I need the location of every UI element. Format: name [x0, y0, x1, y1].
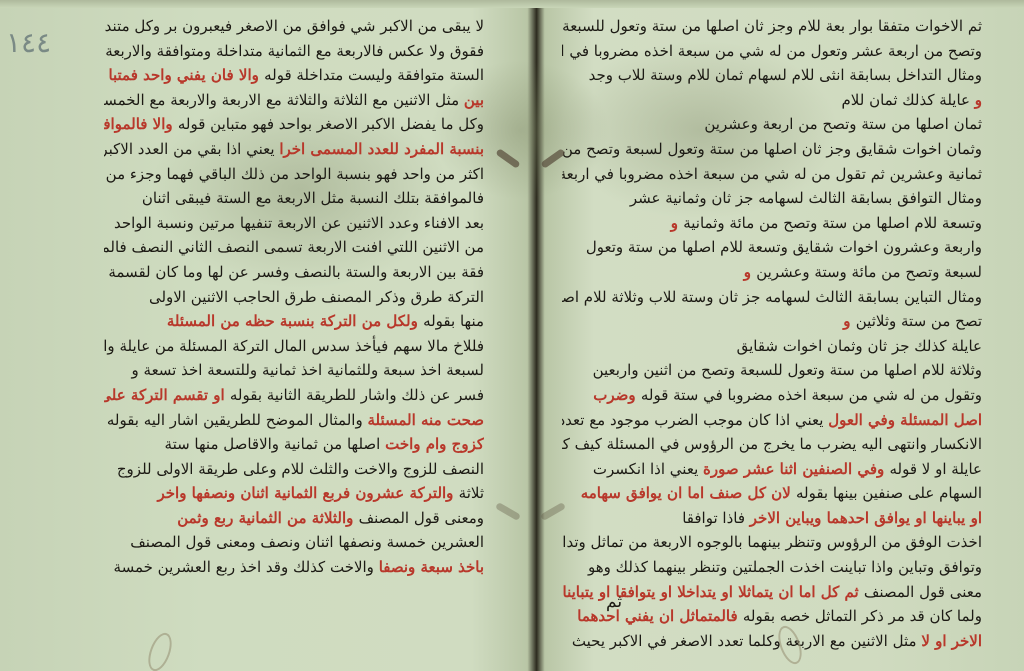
- rubric-text: و: [671, 214, 683, 232]
- manuscript-line: بنسبة المفرد للعدد المسمى اخرا يعني اذا …: [104, 137, 484, 162]
- body-text: يعني اذا انكسرت: [593, 460, 703, 478]
- manuscript-line: الاخر او لا مثل الاثنين مع الاربعة وكلما…: [562, 629, 982, 654]
- manuscript-line: عايلة كذلك جز ثان وثمان اخوات شقايق: [562, 334, 982, 359]
- manuscript-line: بعد الافناء وعدد الاثنين عن الاربعة تنفي…: [104, 211, 484, 236]
- body-text: الانكسار وانتهى اليه يضرب ما يخرج من الر…: [562, 435, 982, 453]
- manuscript-line: معنى قول المصنف ثم كل اما ان يتماثلا او …: [562, 580, 982, 605]
- body-text: لا يبقى من الاكبر شي فوافق من الاصغر فيع…: [104, 17, 484, 35]
- manuscript-line: وثمان اخوات شقايق وجز ثان اصلها من ستة و…: [562, 137, 982, 162]
- page-top-edge: [0, 0, 1024, 8]
- manuscript-line: باخذ سبعة ونصفا والاخت كذلك وقد اخذ ربع …: [104, 555, 484, 580]
- body-text: فللاخ مالا سهم فيأخذ سدس المال التركة ال…: [104, 337, 484, 355]
- rubric-text: والثلاثة من الثمانية ربع وثمن: [177, 509, 358, 527]
- body-text: ولما كان قد مر ذكر التماثل خصه بقوله: [743, 607, 982, 625]
- rubric-text: وفي الصنفين اثنا عشر صورة: [703, 460, 889, 478]
- body-text: وثلاثة للام اصلها من ستة وتعول للسبعة وت…: [593, 361, 982, 379]
- body-text: عايلة كذلك جز ثان وثمان اخوات شقايق: [737, 337, 982, 355]
- body-text: فسر عن ذلك واشار للطريقة الثانية بقوله: [230, 386, 484, 404]
- right-page-text: ثم الاخوات متفقا بوار بعة للام وجز ثان ا…: [562, 14, 982, 653]
- manuscript-line: ثلاثة والتركة عشرون فربع الثمانية اثنان …: [104, 481, 484, 506]
- manuscript-line: من الاثنين اللتي افنت الاربعة تسمى النصف…: [104, 235, 484, 260]
- body-text: الستة متوافقة وليست متداخلة قوله: [264, 66, 484, 84]
- rubric-text: ولكل من التركة بنسبة حظه من المسئلة: [167, 312, 423, 330]
- catchword: ثم: [606, 592, 622, 612]
- body-text: عايلة او لا قوله: [889, 460, 982, 478]
- body-text: ثم الاخوات متفقا بوار بعة للام وجز ثان ا…: [562, 17, 982, 35]
- manuscript-line: اكثر من واحد فهو بنسبة الواحد من ذلك الب…: [104, 162, 484, 187]
- body-text: ومثال التباين بسابقة الثالث لسهامه جز ثا…: [562, 288, 982, 306]
- manuscript-line: التركة طرق وذكر المصنف طرق الحاجب الاثني…: [104, 285, 484, 310]
- body-text: فالموافقة بتلك النسبة مثل الاربعة مع الس…: [142, 189, 484, 207]
- rubric-text: صحت منه المسئلة: [367, 411, 484, 429]
- paper-tear-mark: [144, 630, 176, 671]
- manuscript-line: ولما كان قد مر ذكر التماثل خصه بقوله فال…: [562, 604, 982, 629]
- folio-number: ١٤٤: [6, 26, 51, 59]
- manuscript-line: ثمانية وعشرين ثم تقول من له شي من سبعة ا…: [562, 162, 982, 187]
- body-text: بعد الافناء وعدد الاثنين عن الاربعة تنفي…: [114, 214, 484, 232]
- body-text: السهام على صنفين بينها بقوله: [796, 484, 982, 502]
- rubric-text: او يباينها او يوافق احدهما ويباين الاخر: [750, 509, 982, 527]
- body-text: يعني اذا كان موجب الضرب موجود مع تعدد: [562, 411, 828, 429]
- manuscript-line: و عايلة كذلك ثمان للام: [562, 88, 982, 113]
- manuscript-line: كزوج وام واخت اصلها من ثمانية والاقاصل م…: [104, 432, 484, 457]
- manuscript-line: لا يبقى من الاكبر شي فوافق من الاصغر فيع…: [104, 14, 484, 39]
- body-text: ومثال التوافق بسابقة الثالث لسهامه جز ثا…: [630, 189, 982, 207]
- manuscript-line: اخذت الوفق من الرؤوس وتنظر بينهما بالوجو…: [562, 530, 982, 555]
- body-text: واربعة وعشرون اخوات شقايق وتسعة للام اصل…: [586, 238, 982, 256]
- body-text: والمثال الموضح للطريقين اشار اليه بقوله: [107, 411, 368, 429]
- body-text: وتقول من له شي من سبعة اخذه مضروبا في ست…: [641, 386, 982, 404]
- body-text: اصلها من ثمانية والاقاصل منها ستة: [165, 435, 386, 453]
- rubric-text: كزوج وام واخت: [385, 435, 484, 453]
- manuscript-line: ثمان اصلها من ستة وتصح من اربعة وعشرين: [562, 112, 982, 137]
- rubric-text: الاخر او لا: [921, 632, 982, 650]
- manuscript-line: منها بقوله ولكل من التركة بنسبة حظه من ا…: [104, 309, 484, 334]
- body-text: معنى قول المصنف: [864, 583, 982, 601]
- manuscript-line: ومثال التداخل بسابقة انثى للام لسهام ثما…: [562, 63, 982, 88]
- manuscript-line: ثم الاخوات متفقا بوار بعة للام وجز ثان ا…: [562, 14, 982, 39]
- manuscript-line: فقة بين الاربعة والستة بالنصف وفسر عن له…: [104, 260, 484, 285]
- body-text: وكل ما يفضل الاكبر الاصغر بواحد فهو متبا…: [178, 115, 484, 133]
- manuscript-spread: ١٤٤ لا يبقى من الاكبر شي فوافق من الاصغر…: [0, 0, 1024, 671]
- manuscript-line: صحت منه المسئلة والمثال الموضح للطريقين …: [104, 408, 484, 433]
- body-text: عايلة كذلك ثمان للام: [842, 91, 975, 109]
- rubric-text: والتركة عشرون فربع الثمانية اثنان ونصفها…: [157, 484, 458, 502]
- body-text: ومثال التداخل بسابقة انثى للام لسهام ثما…: [589, 66, 982, 84]
- body-text: فقة بين الاربعة والستة بالنصف وفسر عن له…: [108, 263, 484, 281]
- manuscript-line: العشرين خمسة ونصفها اثنان ونصف ومعنى قول…: [104, 530, 484, 555]
- body-text: مثل الاثنين مع الثلاثة والثلاثة مع الارب…: [104, 91, 464, 109]
- rubric-text: و: [975, 91, 982, 109]
- body-text: العشرين خمسة ونصفها اثنان ونصف ومعنى قول…: [130, 533, 484, 551]
- body-text: فقوق ولا عكس فالاربعة مع الثمانية متداخل…: [104, 42, 484, 60]
- body-text: مثل الاثنين مع الاربعة وكلما تعدد الاصغر…: [572, 632, 921, 650]
- body-text: فاذا توافقا: [682, 509, 750, 527]
- manuscript-line: النصف للزوج والاخت والثلث للام وعلى طريق…: [104, 457, 484, 482]
- rubric-text: فالمتماثل ان يفني احدهما: [577, 607, 743, 625]
- binding-thread-mark: [495, 502, 521, 521]
- manuscript-line: الانكسار وانتهى اليه يضرب ما يخرج من الر…: [562, 432, 982, 457]
- manuscript-line: وكل ما يفضل الاكبر الاصغر بواحد فهو متبا…: [104, 112, 484, 137]
- body-text: منها بقوله: [423, 312, 484, 330]
- manuscript-line: فسر عن ذلك واشار للطريقة الثانية بقوله ا…: [104, 383, 484, 408]
- body-text: وتصح من اربعة عشر وتعول من له شي من سبعة…: [562, 42, 982, 60]
- rubric-text: بين: [464, 91, 484, 109]
- rubric-text: و: [744, 263, 756, 281]
- manuscript-line: ومثال التوافق بسابقة الثالث لسهامه جز ثا…: [562, 186, 982, 211]
- rubric-text: والا فان يفني واحد فمتبا: [108, 66, 264, 84]
- manuscript-line: ومعنى قول المصنف والثلاثة من الثمانية رب…: [104, 506, 484, 531]
- manuscript-line: واربعة وعشرون اخوات شقايق وتسعة للام اصل…: [562, 235, 982, 260]
- body-text: ومعنى قول المصنف: [359, 509, 484, 527]
- body-text: يعني اذا بقي من العدد الاكبر: [104, 140, 279, 158]
- body-text: وتوافق وتباين واذا تباينت اخذت الجملتين …: [588, 558, 982, 576]
- manuscript-line: اصل المسئلة وفي العول يعني اذا كان موجب …: [562, 408, 982, 433]
- body-text: ثمانية وعشرين ثم تقول من له شي من سبعة ا…: [562, 165, 982, 183]
- manuscript-line: الستة متوافقة وليست متداخلة قوله والا فا…: [104, 63, 484, 88]
- body-text: من الاثنين اللتي افنت الاربعة تسمى النصف…: [104, 238, 484, 256]
- body-text: اكثر من واحد فهو بنسبة الواحد من ذلك الب…: [104, 165, 484, 183]
- manuscript-line: السهام على صنفين بينها بقوله لان كل صنف …: [562, 481, 982, 506]
- rubric-text: اصل المسئلة وفي العول: [828, 411, 982, 429]
- body-text: التركة طرق وذكر المصنف طرق الحاجب الاثني…: [149, 288, 484, 306]
- body-text: لسبعة اخذ سبعة وللثمانية اخذ ثمانية وللت…: [132, 361, 484, 379]
- body-text: اخذت الوفق من الرؤوس وتنظر بينهما بالوجو…: [562, 533, 982, 551]
- manuscript-line: او يباينها او يوافق احدهما ويباين الاخر …: [562, 506, 982, 531]
- manuscript-line: وتصح من اربعة عشر وتعول من له شي من سبعة…: [562, 39, 982, 64]
- body-text: ثلاثة: [459, 484, 484, 502]
- left-page-text: لا يبقى من الاكبر شي فوافق من الاصغر فيع…: [104, 14, 484, 580]
- rubric-text: و: [843, 312, 855, 330]
- manuscript-line: وتقول من له شي من سبعة اخذه مضروبا في ست…: [562, 383, 982, 408]
- manuscript-line: فقوق ولا عكس فالاربعة مع الثمانية متداخل…: [104, 39, 484, 64]
- rubric-text: باخذ سبعة ونصفا: [379, 558, 484, 576]
- manuscript-line: عايلة او لا قوله وفي الصنفين اثنا عشر صو…: [562, 457, 982, 482]
- rubric-text: بنسبة المفرد للعدد المسمى اخرا: [279, 140, 484, 158]
- body-text: تصح من ستة وثلاثين: [856, 312, 982, 330]
- body-text: والاخت كذلك وقد اخذ ربع العشرين خمسة: [114, 558, 379, 576]
- body-text: وتسعة للام اصلها من ستة وتصح من مائة وثم…: [683, 214, 982, 232]
- rubric-text: لان كل صنف اما ان يوافق سهامه: [581, 484, 796, 502]
- manuscript-line: لسبعة وتصح من مائة وستة وعشرين و: [562, 260, 982, 285]
- manuscript-line: وتسعة للام اصلها من ستة وتصح من مائة وثم…: [562, 211, 982, 236]
- manuscript-line: وثلاثة للام اصلها من ستة وتعول للسبعة وت…: [562, 358, 982, 383]
- rubric-text: وضرب: [593, 386, 641, 404]
- manuscript-line: بين مثل الاثنين مع الثلاثة والثلاثة مع ا…: [104, 88, 484, 113]
- manuscript-line: فللاخ مالا سهم فيأخذ سدس المال التركة ال…: [104, 334, 484, 359]
- manuscript-line: تصح من ستة وثلاثين و: [562, 309, 982, 334]
- rubric-text: او تقسم التركة على ما: [104, 386, 230, 404]
- body-text: لسبعة وتصح من مائة وستة وعشرين: [756, 263, 982, 281]
- body-text: وثمان اخوات شقايق وجز ثان اصلها من ستة و…: [562, 140, 982, 158]
- manuscript-line: فالموافقة بتلك النسبة مثل الاربعة مع الس…: [104, 186, 484, 211]
- body-text: النصف للزوج والاخت والثلث للام وعلى طريق…: [117, 460, 484, 478]
- manuscript-line: ومثال التباين بسابقة الثالث لسهامه جز ثا…: [562, 285, 982, 310]
- manuscript-line: لسبعة اخذ سبعة وللثمانية اخذ ثمانية وللت…: [104, 358, 484, 383]
- manuscript-line: وتوافق وتباين واذا تباينت اخذت الجملتين …: [562, 555, 982, 580]
- body-text: ثمان اصلها من ستة وتصح من اربعة وعشرين: [704, 115, 982, 133]
- rubric-text: والا فالموافقة: [104, 115, 178, 133]
